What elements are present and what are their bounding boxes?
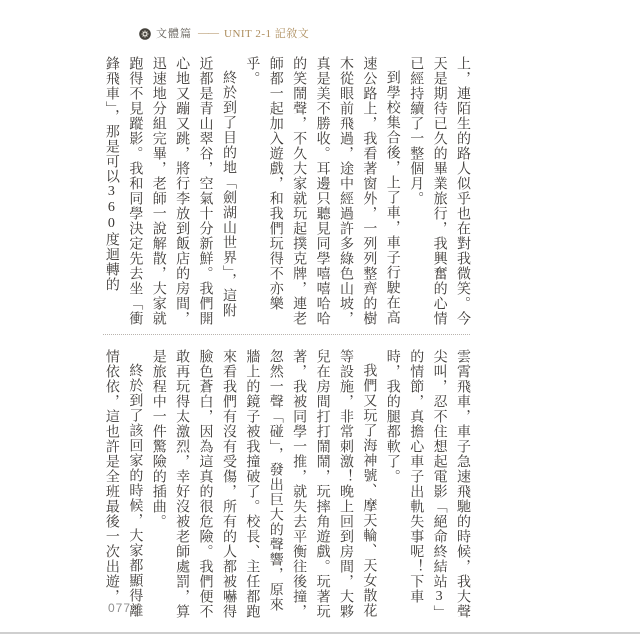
essay-paragraph: 終於到了目的地「劍湖山世界」，這附近都是青山翠谷，空氣十分新鮮。我們開心地又蹦又… [100, 56, 240, 328]
essay-paragraph: 上，連陌生的路人似乎也在對我微笑。今天是期待已久的畢業旅行，我興奮的心情已經持續… [404, 56, 474, 328]
page-number: 077 [108, 601, 131, 615]
page-bottom-edge [0, 632, 640, 634]
header-dash: —— [198, 27, 218, 39]
essay-paragraph: 終於到了該回家的時候，大家都顯得離情依依，這也許是全班最後一次出遊， [100, 349, 147, 625]
unit-title: UNIT 2-1 記敘文 [224, 25, 309, 41]
essay-paragraph: 到學校集合後，上了車，車子行駛在高速公路上，我看著窗外，一列列整齊的樹木從眼前飛… [240, 56, 404, 328]
page-header: 文體篇 —— UNIT 2-1 記敘文 [139, 25, 309, 41]
essay-paragraph: 我們又玩了海神號、摩天輪、天女散花等設施，非常刺激！晚上回到房間，大夥兒在房間打… [146, 349, 380, 625]
section-title: 文體篇 [156, 25, 192, 41]
book-page: 文體篇 —— UNIT 2-1 記敘文 上，連陌生的路人似乎也在對我微笑。今天是… [0, 0, 640, 640]
flower-badge-icon [139, 27, 151, 39]
dotted-divider [103, 334, 470, 335]
essay-block-bottom: 雲霄飛車，車子急速飛馳的時候，我大聲尖叫，忍不住想起電影「絕命終結站3」的情節，… [100, 349, 475, 625]
essay-paragraph: 雲霄飛車，車子急速飛馳的時候，我大聲尖叫，忍不住想起電影「絕命終結站3」的情節，… [380, 349, 474, 625]
essay-block-top: 上，連陌生的路人似乎也在對我微笑。今天是期待已久的畢業旅行，我興奮的心情已經持續… [100, 56, 475, 328]
